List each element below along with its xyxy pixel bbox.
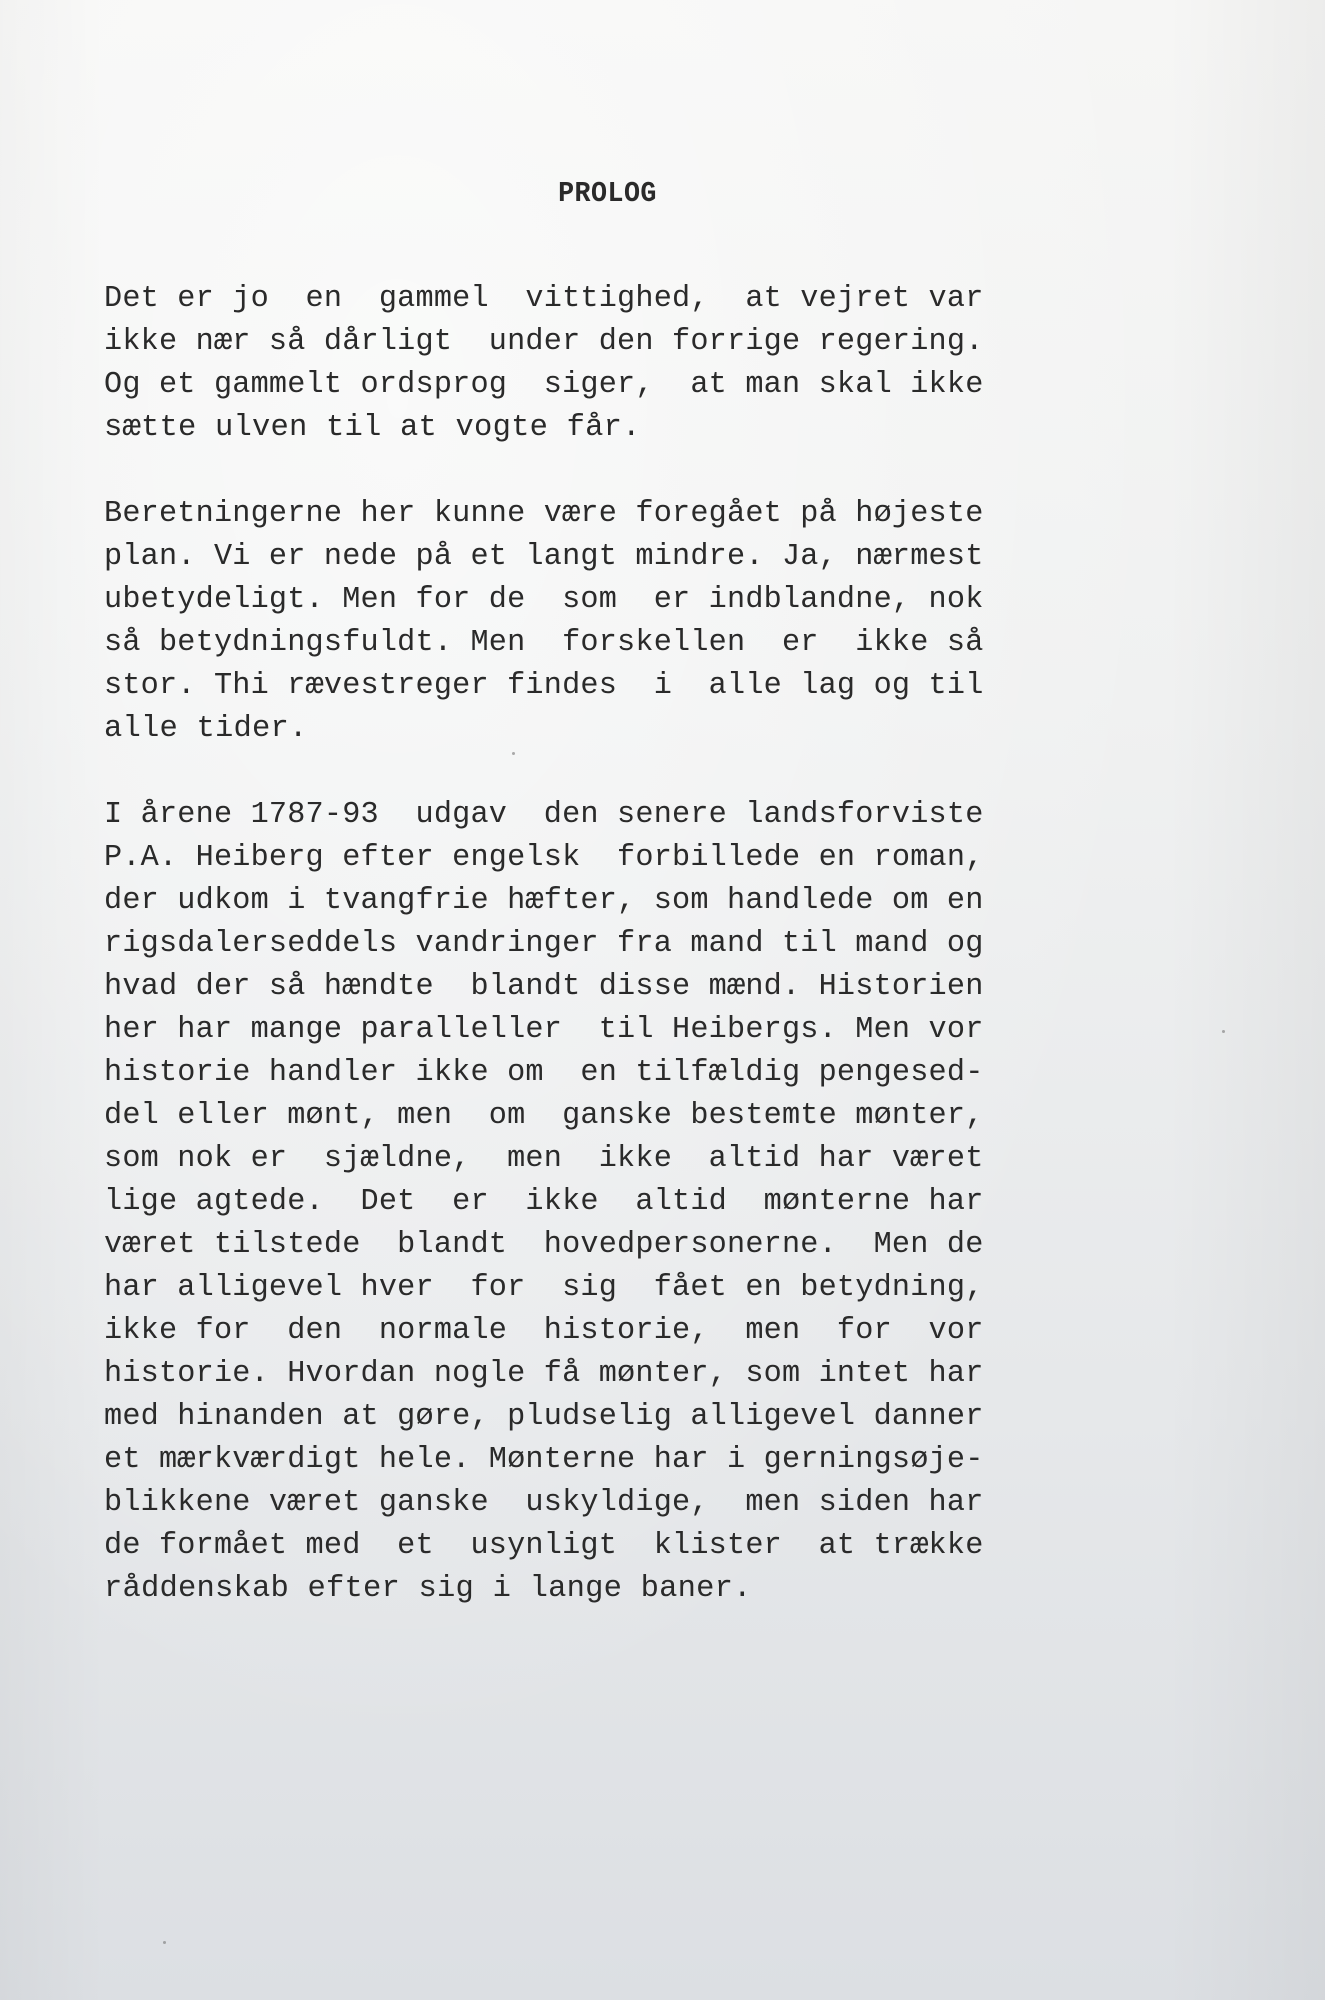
text-line: sætte ulven til at vogte får. xyxy=(104,407,1134,450)
text-line: alle tider. xyxy=(104,708,1134,751)
text-line: råddenskab efter sig i lange baner. xyxy=(104,1568,1134,1611)
text-line: et mærkværdigt hele. Mønterne har i gern… xyxy=(104,1439,1124,1482)
paper-speck xyxy=(512,752,515,755)
text-line: ikke for den normale historie, men for v… xyxy=(104,1310,1124,1353)
text-line: rigsdalerseddels vandringer fra mand til… xyxy=(104,923,1124,966)
text-line: hvad der så hændte blandt disse mænd. Hi… xyxy=(104,966,1124,1009)
paper-speck xyxy=(163,1941,166,1944)
paragraph-2: Beretningerne her kunne være foregået på… xyxy=(104,493,1134,751)
text-line: været tilstede blandt hovedpersonerne. M… xyxy=(104,1224,1124,1267)
text-line: I årene 1787-93 udgav den senere landsfo… xyxy=(104,794,1124,837)
text-line: historie handler ikke om en tilfældig pe… xyxy=(104,1052,1124,1095)
text-line: så betydningsfuldt. Men forskellen er ik… xyxy=(104,622,1124,665)
text-line: Det er jo en gammel vittighed, at vejret… xyxy=(104,278,1124,321)
text-line: der udkom i tvangfrie hæfter, som handle… xyxy=(104,880,1124,923)
text-line: ubetydeligt. Men for de som er indblandn… xyxy=(104,579,1124,622)
paragraph-1: Det er jo en gammel vittighed, at vejret… xyxy=(104,278,1134,450)
text-line: ikke nær så dårligt under den forrige re… xyxy=(104,321,1124,364)
text-line: blikkene været ganske uskyldige, men sid… xyxy=(104,1482,1124,1525)
text-line: har alligevel hver for sig fået en betyd… xyxy=(104,1267,1124,1310)
text-line: Og et gammelt ordsprog siger, at man ska… xyxy=(104,364,1124,407)
text-line: Beretningerne her kunne være foregået på… xyxy=(104,493,1124,536)
text-line: som nok er sjældne, men ikke altid har v… xyxy=(104,1138,1124,1181)
text-line: de formået med et usynligt klister at tr… xyxy=(104,1525,1124,1568)
text-line: her har mange paralleller til Heibergs. … xyxy=(104,1009,1124,1052)
text-line: stor. Thi rævestreger findes i alle lag … xyxy=(104,665,1124,708)
text-line: P.A. Heiberg efter engelsk forbillede en… xyxy=(104,837,1124,880)
paragraph-3: I årene 1787-93 udgav den senere landsfo… xyxy=(104,794,1134,1611)
text-line: del eller mønt, men om ganske bestemte m… xyxy=(104,1095,1124,1138)
text-line: historie. Hvordan nogle få mønter, som i… xyxy=(104,1353,1124,1396)
text-line: med hinanden at gøre, pludselig alligeve… xyxy=(104,1396,1124,1439)
page-title: PROLOG xyxy=(49,177,1167,210)
text-line: lige agtede. Det er ikke altid mønterne … xyxy=(104,1181,1124,1224)
text-line: plan. Vi er nede på et langt mindre. Ja,… xyxy=(104,536,1124,579)
paper-speck xyxy=(1222,1030,1225,1033)
document-body: Det er jo en gammel vittighed, at vejret… xyxy=(104,278,1134,1654)
